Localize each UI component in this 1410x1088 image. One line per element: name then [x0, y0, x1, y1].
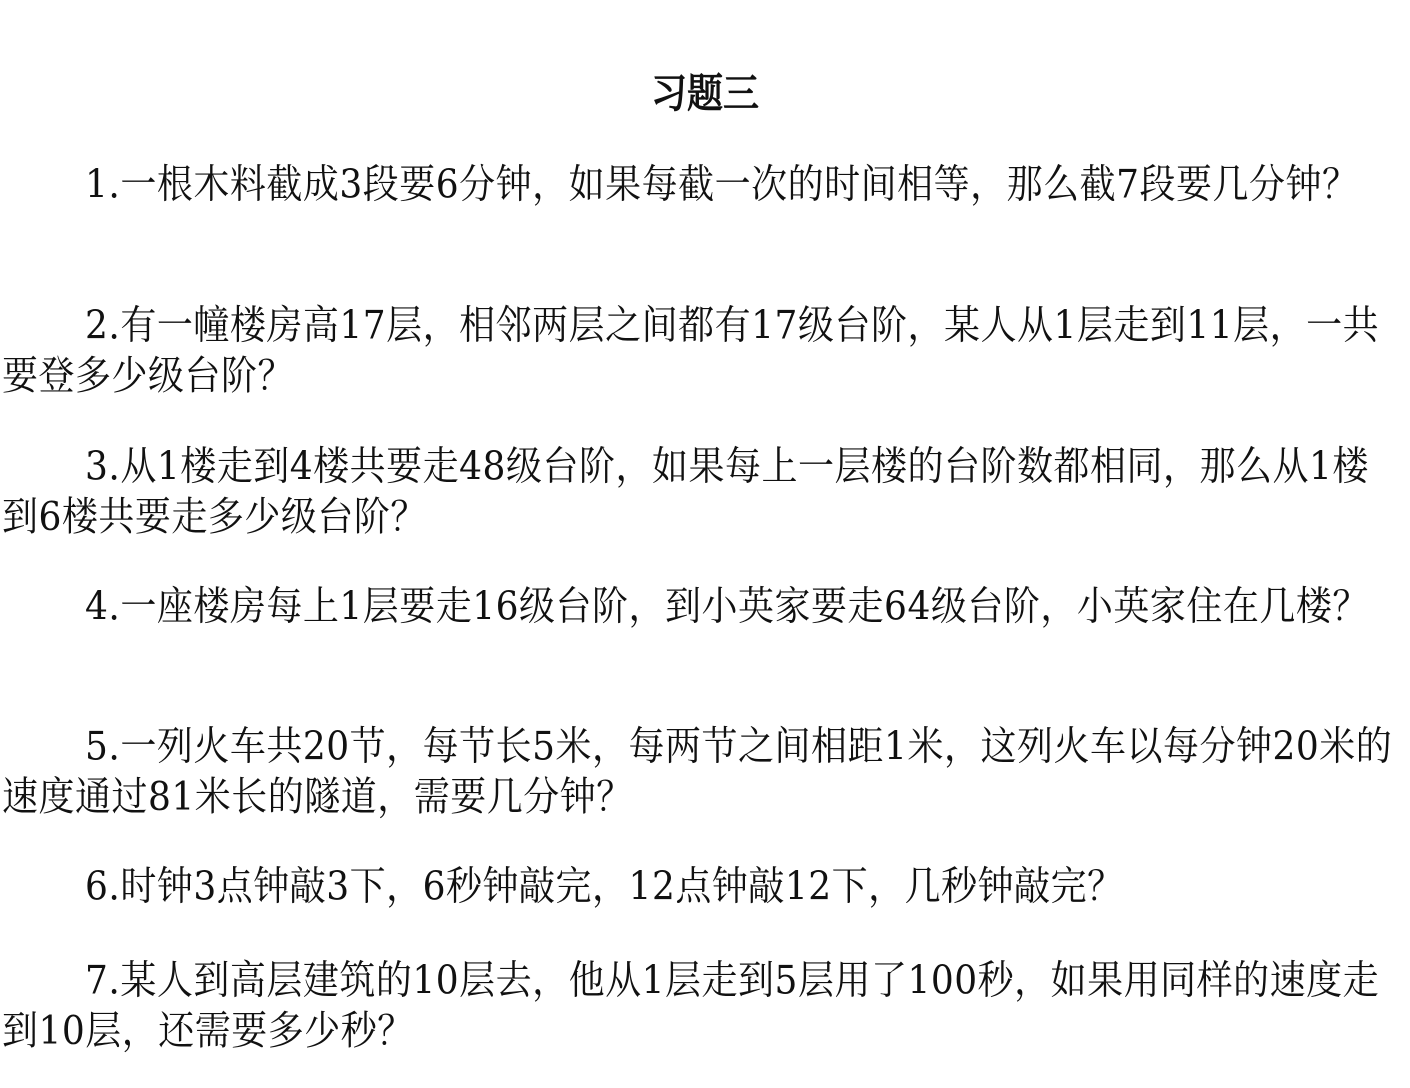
- problem-1: 1.一根木料截成3段要6分钟，如果每截一次的时间相等，那么截7段要几分钟？: [2, 160, 1402, 211]
- document-title: 习题三: [0, 62, 1410, 125]
- problem-4: 4.一座楼房每上1层要走16级台阶，到小英家要走64级台阶，小英家住在几楼？: [2, 582, 1402, 633]
- problem-5: 5.一列火车共20节，每节长5米，每两节之间相距1米，这列火车以每分钟20米的速…: [2, 722, 1402, 823]
- problem-3: 3.从1楼走到4楼共要走48级台阶，如果每上一层楼的台阶数都相同，那么从1楼到6…: [2, 442, 1402, 543]
- problem-7: 7.某人到高层建筑的10层去，他从1层走到5层用了100秒，如果用同样的速度走到…: [2, 956, 1402, 1057]
- problem-2: 2.有一幢楼房高17层，相邻两层之间都有17级台阶，某人从1层走到11层，一共要…: [2, 301, 1402, 402]
- problem-6: 6.时钟3点钟敲3下，6秒钟敲完，12点钟敲12下，几秒钟敲完？: [2, 862, 1402, 913]
